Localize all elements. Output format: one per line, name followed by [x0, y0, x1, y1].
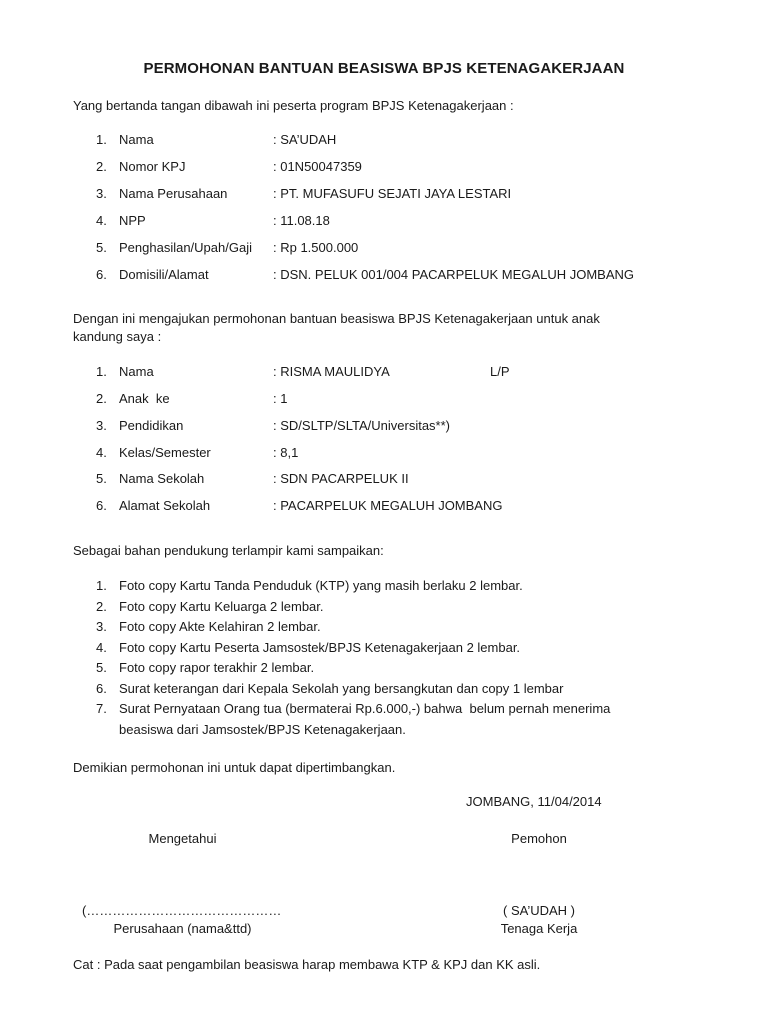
- note-text: Cat : Pada saat pengambilan beasiswa har…: [73, 957, 540, 972]
- item-text: Surat keterangan dari Kepala Sekolah yan…: [119, 681, 563, 696]
- row-number: 2.: [96, 159, 107, 174]
- item-text: Foto copy Kartu Keluarga 2 lembar.: [119, 599, 324, 614]
- row-label: Nama Sekolah: [119, 471, 204, 486]
- row-label: Alamat Sekolah: [119, 498, 210, 513]
- item-number: 4.: [96, 640, 107, 655]
- item-number: 5.: [96, 660, 107, 675]
- request-text-line2: kandung saya :: [73, 329, 161, 344]
- row-number: 1.: [96, 364, 107, 379]
- signature-left-heading: Mengetahui: [100, 831, 265, 846]
- signature-right-role: Tenaga Kerja: [479, 921, 599, 936]
- row-label: Penghasilan/Upah/Gaji: [119, 240, 252, 255]
- row-value: : Rp 1.500.000: [273, 240, 358, 255]
- item-text: Foto copy Kartu Peserta Jamsostek/BPJS K…: [119, 640, 520, 655]
- gender-marker: L/P: [490, 364, 510, 379]
- row-label: Domisili/Alamat: [119, 267, 209, 282]
- row-label: Nomor KPJ: [119, 159, 185, 174]
- closing-text: Demikian permohonan ini untuk dapat dipe…: [73, 760, 395, 775]
- row-number: 1.: [96, 132, 107, 147]
- row-number: 6.: [96, 267, 107, 282]
- row-value: : 01N50047359: [273, 159, 362, 174]
- row-number: 2.: [96, 391, 107, 406]
- row-number: 4.: [96, 445, 107, 460]
- row-label: Anak ke: [119, 391, 170, 406]
- place-date: JOMBANG, 11/04/2014: [466, 794, 602, 809]
- item-number: 3.: [96, 619, 107, 634]
- row-number: 3.: [96, 186, 107, 201]
- request-text-line1: Dengan ini mengajukan permohonan bantuan…: [73, 311, 600, 326]
- row-number: 5.: [96, 471, 107, 486]
- row-label: Kelas/Semester: [119, 445, 211, 460]
- row-value: : PT. MUFASUFU SEJATI JAYA LESTARI: [273, 186, 511, 201]
- signature-right-heading: Pemohon: [479, 831, 599, 846]
- signature-left-name: (…………………………………………………………………………………………………………: [82, 903, 282, 918]
- item-text: Foto copy Kartu Tanda Penduduk (KTP) yan…: [119, 578, 523, 593]
- item-text: Surat Pernyataan Orang tua (bermaterai R…: [119, 701, 610, 716]
- row-label: Pendidikan: [119, 418, 183, 433]
- item-text: Foto copy Akte Kelahiran 2 lembar.: [119, 619, 321, 634]
- row-value: : 8,1: [273, 445, 298, 460]
- item-number: 6.: [96, 681, 107, 696]
- item-text: beasiswa dari Jamsostek/BPJS Ketenagaker…: [119, 722, 406, 737]
- row-value: : SA’UDAH: [273, 132, 336, 147]
- row-number: 5.: [96, 240, 107, 255]
- signature-right-name: ( SA’UDAH ): [479, 903, 599, 918]
- row-number: 3.: [96, 418, 107, 433]
- row-value: : 1: [273, 391, 287, 406]
- item-number: 2.: [96, 599, 107, 614]
- row-value: : DSN. PELUK 001/004 PACARPELUK MEGALUH …: [273, 267, 634, 282]
- row-label: Nama: [119, 364, 154, 379]
- row-number: 4.: [96, 213, 107, 228]
- row-label: Nama Perusahaan: [119, 186, 227, 201]
- row-value: : SD/SLTP/SLTA/Universitas**): [273, 418, 450, 433]
- attachments-intro: Sebagai bahan pendukung terlampir kami s…: [73, 543, 384, 558]
- item-number: 1.: [96, 578, 107, 593]
- item-text: Foto copy rapor terakhir 2 lembar.: [119, 660, 314, 675]
- document-title: PERMOHONAN BANTUAN BEASISWA BPJS KETENAG…: [0, 60, 768, 77]
- row-label: NPP: [119, 213, 146, 228]
- row-label: Nama: [119, 132, 154, 147]
- row-number: 6.: [96, 498, 107, 513]
- row-value: : SDN PACARPELUK II: [273, 471, 409, 486]
- row-value: : RISMA MAULIDYA: [273, 364, 390, 379]
- signature-left-role: Perusahaan (nama&ttd): [90, 921, 275, 936]
- row-value: : PACARPELUK MEGALUH JOMBANG: [273, 498, 502, 513]
- row-value: : 11.08.18: [273, 213, 330, 228]
- item-number: 7.: [96, 701, 107, 716]
- intro-text: Yang bertanda tangan dibawah ini peserta…: [73, 98, 514, 113]
